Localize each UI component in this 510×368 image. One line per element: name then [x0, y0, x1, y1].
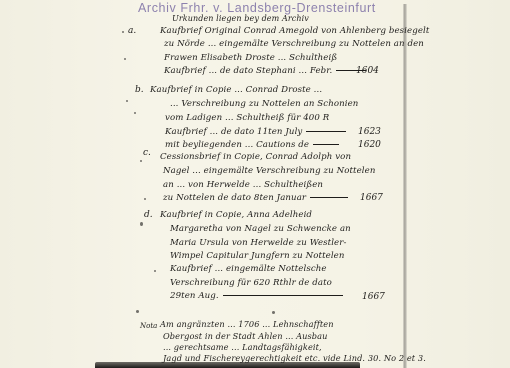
entry-b-line-2: ... Verschreibung zu Nottelen an Schonie…: [170, 100, 358, 109]
page-fold-line: [403, 4, 407, 368]
entry-b-line-1: Kaufbrief in Copie ... Conrad Droste ...: [150, 86, 322, 95]
nota-marker: Nota: [140, 322, 157, 330]
entry-c-line-4: zu Nottelen de dato 8ten Januar: [163, 194, 352, 203]
entry-a-line-4: Kaufbrief ... de dato Stephani ... Febr.: [164, 67, 370, 76]
ink-speck: [140, 222, 143, 226]
entry-b-year-2: 1620: [358, 140, 381, 150]
entry-b-dash-1: [306, 131, 346, 132]
entry-marker-d: d.: [144, 210, 153, 220]
entry-a-line-3: Frawen Elisabeth Droste ... Schultheiß: [164, 54, 337, 63]
entry-d-line-5: Kaufbrief ... eingemälte Nottelsche: [170, 265, 327, 274]
ink-speck: [124, 58, 126, 60]
archive-stamp: Archiv Frhr. v. Landsberg-Drensteinfurt: [138, 1, 376, 15]
ink-speck: [154, 270, 156, 272]
ink-speck: [126, 100, 128, 102]
ink-speck: [136, 310, 139, 313]
entry-d-line-6: Verschreibung für 620 Rthlr de dato: [170, 279, 332, 288]
entry-d-line-1: Kaufbrief in Copie, Anna Adelheid: [160, 211, 312, 220]
entry-marker-c: c.: [143, 148, 151, 158]
entry-c-dash: [310, 197, 348, 198]
entry-b-line-4-text: Kaufbrief ... de dato 11ten July: [165, 127, 302, 137]
entry-d-dash: [223, 295, 343, 296]
entry-b-line-3: vom Ladigen ... Schultheiß für 400 R: [165, 114, 329, 123]
nota-line-2: Obergost in der Stadt Ahlen ... Ausbau: [163, 332, 328, 340]
entry-d-line-3: Maria Ursula von Herwelde zu Westler-: [170, 239, 346, 248]
entry-c-line-4-text: zu Nottelen de dato 8ten Januar: [163, 193, 306, 203]
entry-d-line-4: Wimpel Capitular Jungfern zu Nottelen: [170, 252, 345, 261]
entry-c-line-3: an ... von Herwelde ... Schultheißen: [163, 181, 323, 190]
entry-d-year: 1667: [362, 292, 385, 302]
entry-d-line-7: 29ten Aug.: [170, 292, 347, 301]
nota-line-1: Am angränzten ... 1706 ... Lehnschafften: [160, 320, 334, 328]
ink-speck: [144, 198, 146, 200]
entry-c-line-1: Cessionsbrief in Copie, Conrad Adolph vo…: [160, 153, 351, 162]
entry-a-line-4-text: Kaufbrief ... de dato Stephani ... Febr.: [164, 66, 332, 76]
entry-c-year: 1667: [360, 193, 383, 203]
ink-speck: [272, 311, 275, 314]
ink-speck: [122, 31, 124, 33]
entry-a-line-2: zu Nörde ... eingemälte Verschreibung zu…: [164, 40, 424, 49]
header-line: Urkunden liegen bey dem Archiv: [172, 15, 309, 23]
entry-marker-a: a.: [128, 26, 136, 36]
nota-line-3: ... gerechtsame ... Landtagsfähigkeit,: [163, 343, 322, 351]
entry-a-year: 1604: [356, 66, 379, 76]
entry-d-line-2: Margaretha von Nagel zu Schwencke an: [170, 225, 351, 234]
entry-marker-b: b.: [135, 85, 144, 95]
entry-b-line-4: Kaufbrief ... de dato 11ten July: [165, 128, 350, 137]
entry-c-line-2: Nagel ... eingemälte Verschreibung zu No…: [163, 167, 375, 176]
nota-line-4: Jagd und Fischereygerechtigkeit etc. vid…: [163, 354, 426, 362]
entry-b-line-5: mit beyliegenden ... Cautions de: [165, 141, 343, 150]
entry-a-line-1: Kaufbrief Original Conrad Amegold von Ah…: [160, 27, 429, 36]
entry-b-dash-2: [313, 144, 339, 145]
entry-b-line-5-text: mit beyliegenden ... Cautions de: [165, 140, 309, 150]
ink-speck: [140, 160, 142, 162]
entry-d-line-7-text: 29ten Aug.: [170, 291, 219, 301]
entry-b-year-1: 1623: [358, 127, 381, 137]
ink-speck: [134, 112, 136, 114]
